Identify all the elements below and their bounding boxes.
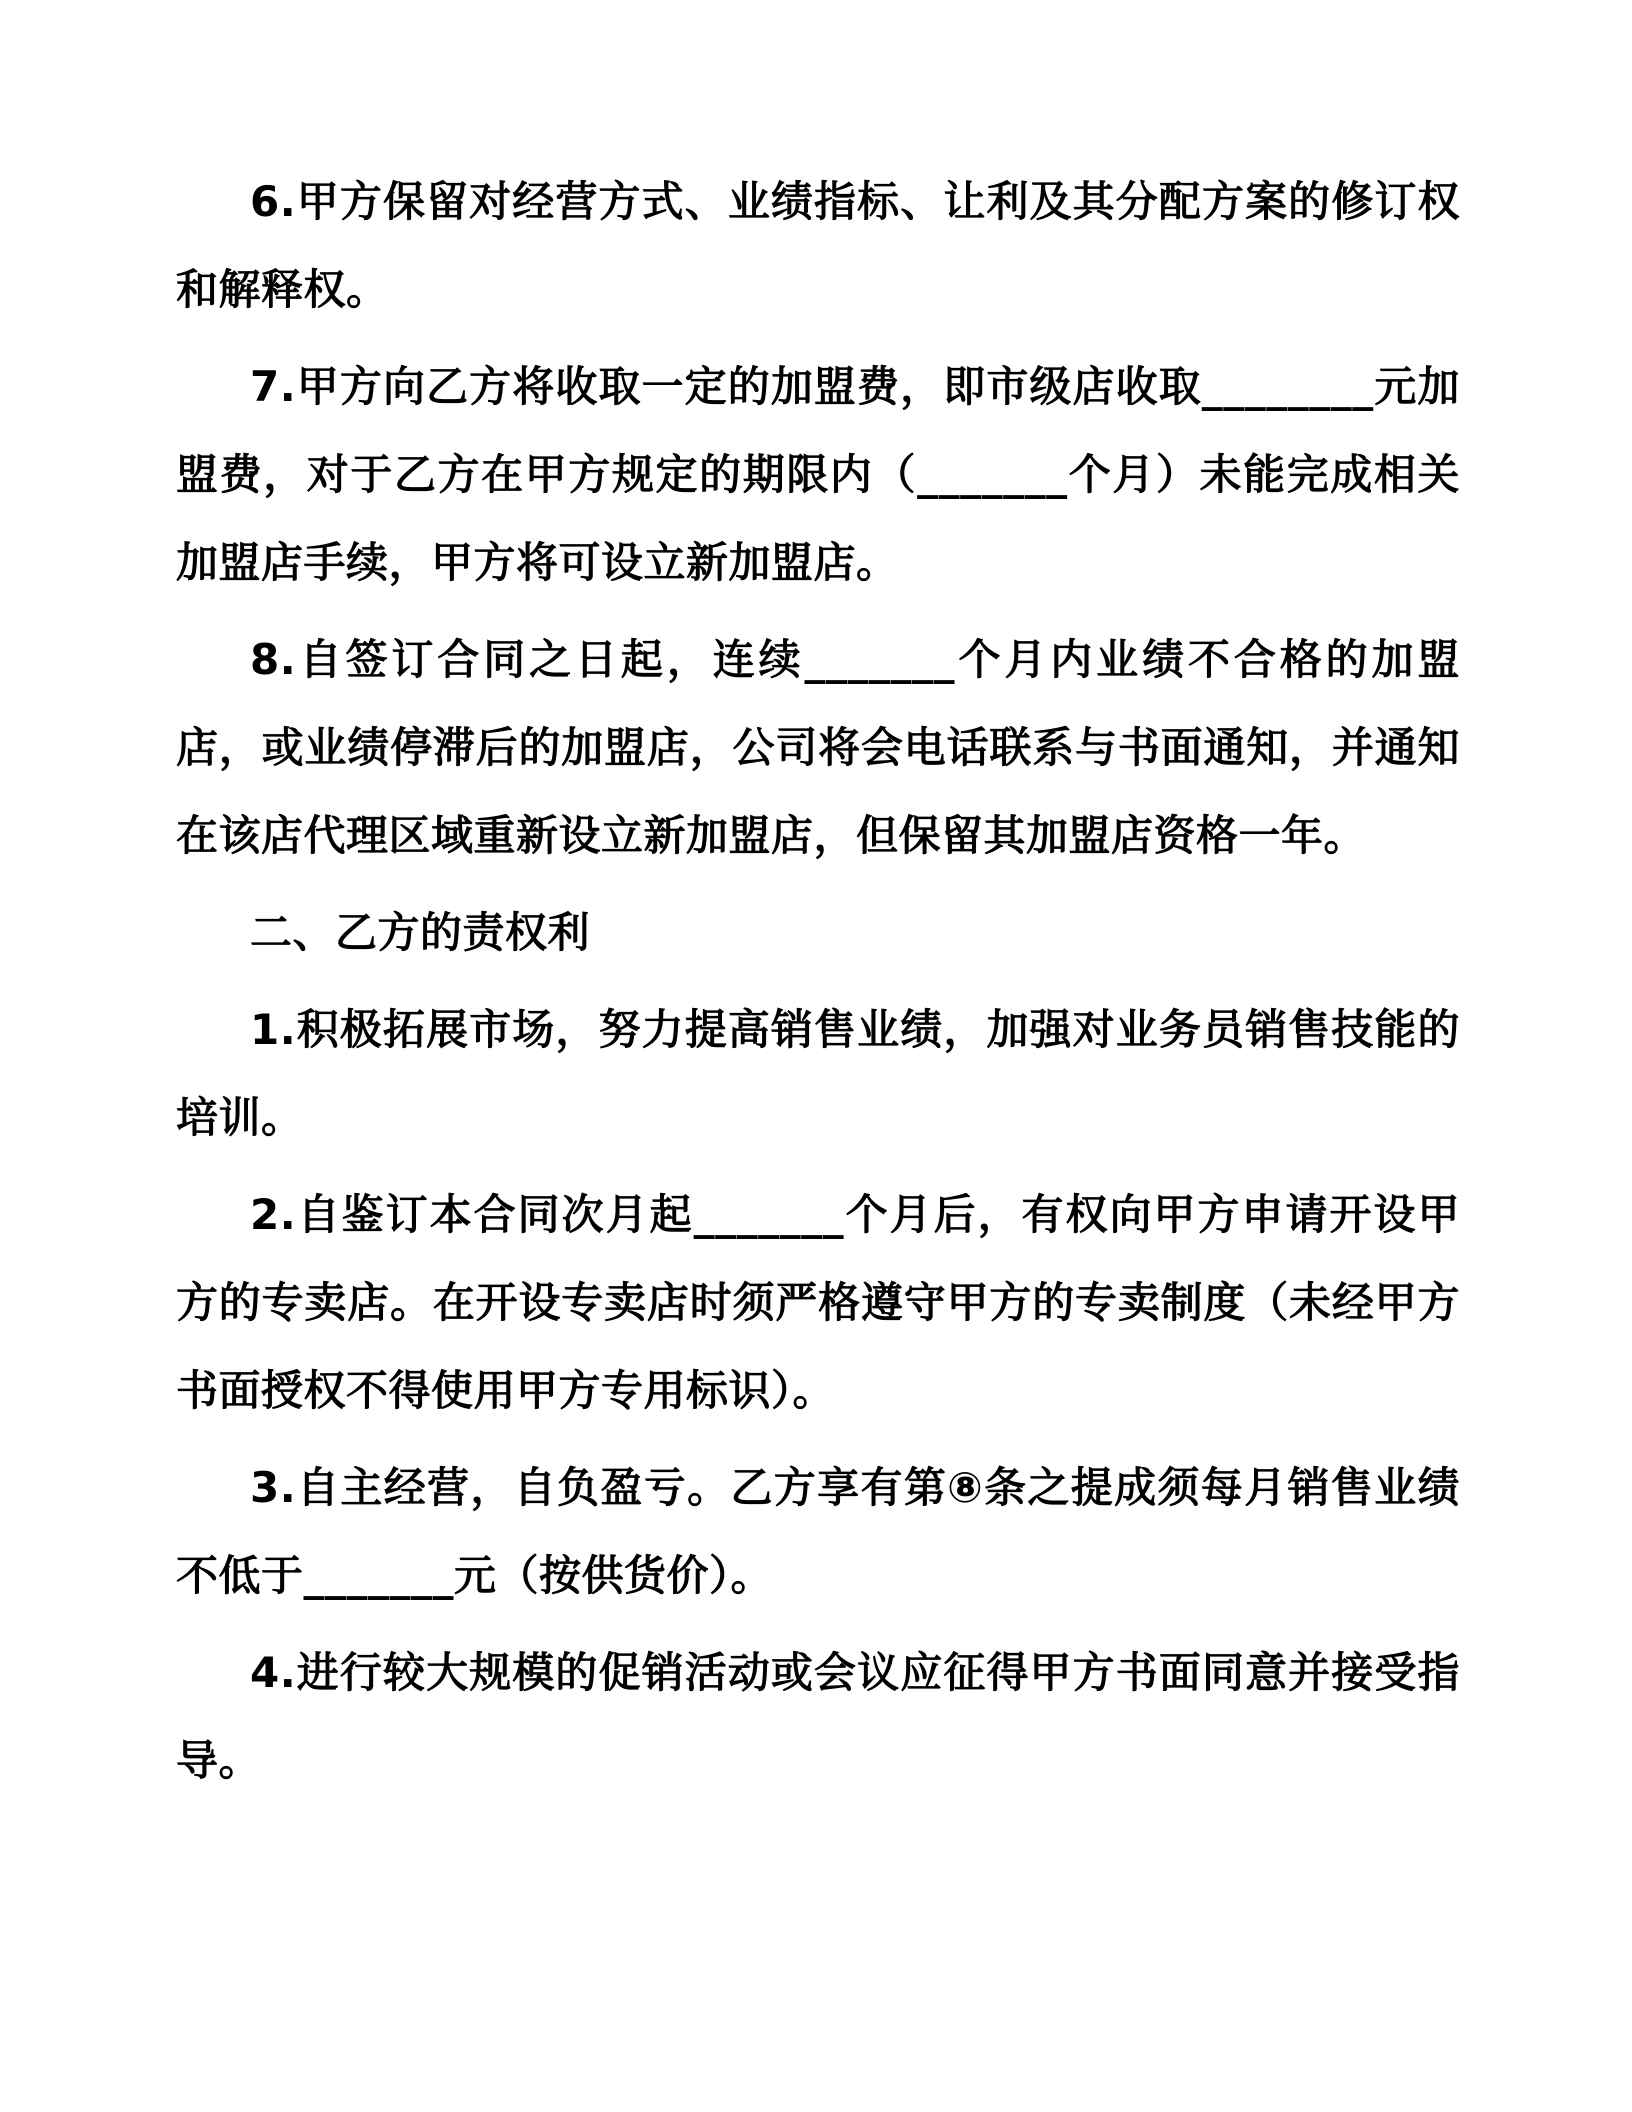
contract-paragraph: 8.自签订合同之日起，连续_______个月内业绩不合格的加盟店，或业绩停滞后的… bbox=[176, 616, 1460, 880]
contract-paragraph: 2.自鉴订本合同次月起_______个月后，有权向甲方申请开设甲方的专卖店。在开… bbox=[176, 1171, 1460, 1435]
contract-paragraph: 7.甲方向乙方将收取一定的加盟费，即市级店收取________元加盟费，对于乙方… bbox=[176, 343, 1460, 607]
contract-paragraph: 1.积极拓展市场，努力提高销售业绩，加强对业务员销售技能的培训。 bbox=[176, 986, 1460, 1162]
contract-paragraph: 6.甲方保留对经营方式、业绩指标、让利及其分配方案的修订权和解释权。 bbox=[176, 158, 1460, 334]
contract-body: 6.甲方保留对经营方式、业绩指标、让利及其分配方案的修订权和解释权。7.甲方向乙… bbox=[176, 158, 1460, 1805]
contract-paragraph: 4.进行较大规模的促销活动或会议应征得甲方书面同意并接受指导。 bbox=[176, 1629, 1460, 1805]
contract-paragraph: 3.自主经营，自负盈亏。乙方享有第⑧条之提成须每月销售业绩不低于_______元… bbox=[176, 1444, 1460, 1620]
section-heading: 二、乙方的责权利 bbox=[176, 889, 1460, 977]
contract-page: 6.甲方保留对经营方式、业绩指标、让利及其分配方案的修订权和解释权。7.甲方向乙… bbox=[0, 0, 1632, 2112]
